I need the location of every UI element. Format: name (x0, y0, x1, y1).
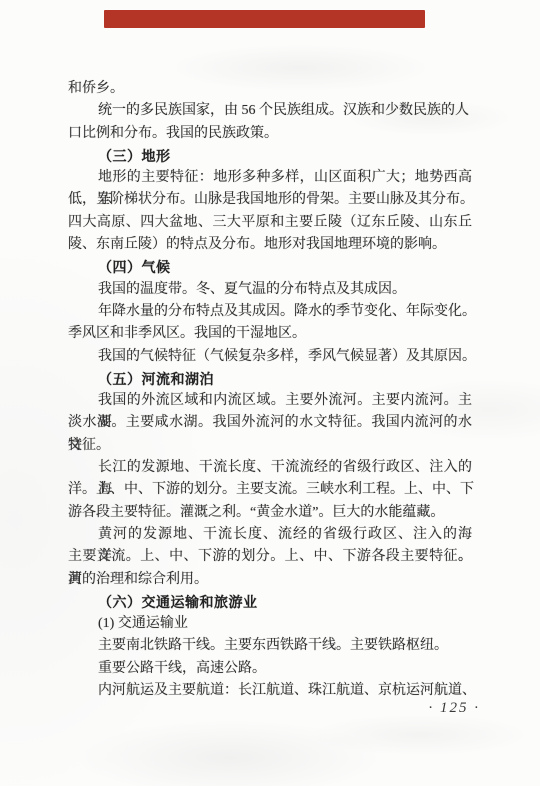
section-heading: （四）气候 (68, 256, 472, 278)
text-line: 地形的主要特征：地形多种多样，山区面积广大；地势西高东 (68, 167, 472, 189)
section-heading: （六）交通运输和旅游业 (68, 591, 472, 613)
text-line: 洋。上、中、下游的划分。主要支流。三峡水利工程。上、中、下 (68, 479, 472, 501)
text-line: 我国的外流区域和内流区域。主要外流河。主要内流河。主要 (68, 390, 472, 412)
text-line: 年降水量的分布特点及其成因。降水的季节变化、年际变化。 (68, 301, 472, 323)
document-text: 和侨乡。统一的多民族国家，由 56 个民族组成。汉族和少数民族的人口比例和分布。… (68, 78, 472, 702)
text-line: 我国的温度带。冬、夏气温的分布特点及其成因。 (68, 279, 472, 301)
text-line: 游各段主要特征。灌溉之利。“黄金水道”。巨大的水能蕴藏。 (68, 502, 472, 524)
section-heading: （三）地形 (68, 145, 472, 167)
text-line: 淡水湖。主要咸水湖。我国外流河的水文特征。我国内流河的水文 (68, 412, 472, 434)
text-line: 重要公路干线，高速公路。 (68, 658, 472, 680)
red-marker-bar (104, 10, 425, 28)
text-line: (1) 交通运输业 (68, 613, 472, 635)
section-heading: （五）河流和湖泊 (68, 368, 472, 390)
text-line: 主要南北铁路干线。主要东西铁路干线。主要铁路枢纽。 (68, 635, 472, 657)
text-line: 黄河的发源地、干流长度、流经的省级行政区、注入的海洋。 (68, 524, 472, 546)
text-line: 四大高原、四大盆地、三大平原和主要丘陵（辽东丘陵、山东丘 (68, 212, 472, 234)
text-line: 和侨乡。 (68, 78, 472, 100)
text-line: 主要支流。上、中、下游的划分。上、中、下游各段主要特征。黄 (68, 546, 472, 568)
text-line: 季风区和非季风区。我国的干湿地区。 (68, 323, 472, 345)
text-line: 口比例和分布。我国的民族政策。 (68, 123, 472, 145)
text-line: 长江的发源地、干流长度、干流流经的省级行政区、注入的海 (68, 457, 472, 479)
text-line: 统一的多民族国家，由 56 个民族组成。汉族和少数民族的人 (68, 100, 472, 122)
page-number: · 125 · (429, 700, 481, 717)
text-line: 我国的气候特征（气候复杂多样，季风气候显著）及其原因。 (68, 346, 472, 368)
text-line: 内河航运及主要航道：长江航道、珠江航道、京杭运河航道、 (68, 680, 472, 702)
text-line: 河的治理和综合利用。 (68, 569, 472, 591)
text-line: 低，呈阶梯状分布。山脉是我国地形的骨架。主要山脉及其分布。 (68, 189, 472, 211)
text-line: 特征。 (68, 435, 472, 457)
text-line: 陵、东南丘陵）的特点及分布。地形对我国地理环境的影响。 (68, 234, 472, 256)
